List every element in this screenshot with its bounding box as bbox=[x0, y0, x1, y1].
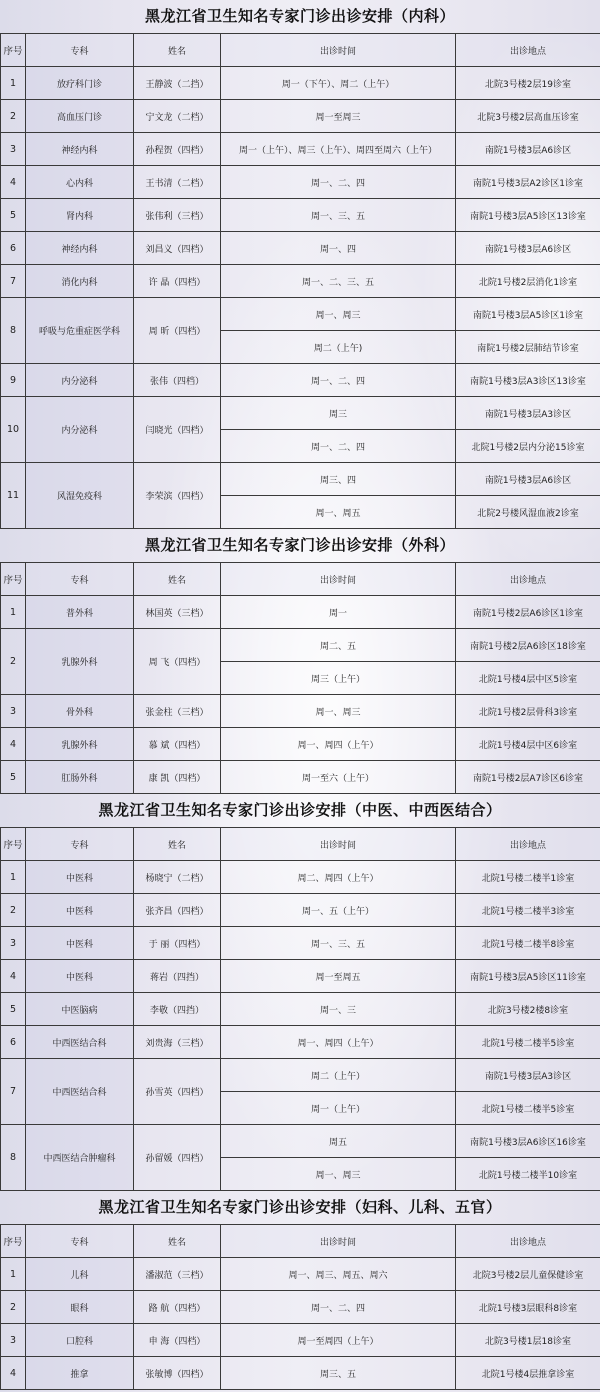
clinic-time-cell: 周一（上午）、周三（上午）、周四至周六（上午） bbox=[221, 133, 456, 166]
schedule-section: 黑龙江省卫生知名专家门诊出诊安排（内科）序号专科姓名出诊时间出诊地点1放疗科门诊… bbox=[0, 0, 600, 529]
seq-cell: 2 bbox=[1, 629, 26, 695]
specialty-cell: 内分泌科 bbox=[26, 397, 134, 463]
seq-cell: 9 bbox=[1, 364, 26, 397]
clinic-place-cell: 北院1号楼二楼半3诊室 bbox=[456, 894, 600, 927]
seq-cell: 8 bbox=[1, 1125, 26, 1191]
clinic-place-cell: 南院1号楼3层A2诊区1诊室 bbox=[456, 166, 600, 199]
specialty-header: 专科 bbox=[26, 1225, 134, 1258]
seq-cell: 4 bbox=[1, 1357, 26, 1390]
table-header-row: 序号专科姓名出诊时间出诊地点 bbox=[1, 563, 600, 596]
specialty-cell: 乳腺外科 bbox=[26, 728, 134, 761]
clinic-place-cell: 北院1号楼二楼半8诊室 bbox=[456, 927, 600, 960]
clinic-place-cell: 北院1号楼二楼半5诊室 bbox=[456, 1026, 600, 1059]
clinic-place-cell: 南院1号楼3层A5诊区1诊室 bbox=[456, 298, 600, 331]
clinic-time-cell: 周一、三、五 bbox=[221, 927, 456, 960]
doctor-name-cell: 康 凯（四档） bbox=[134, 761, 221, 794]
schedule-section: 黑龙江省卫生知名专家门诊出诊安排（中医、中西医结合）序号专科姓名出诊时间出诊地点… bbox=[0, 794, 600, 1191]
specialty-cell: 中西医结合科 bbox=[26, 1026, 134, 1059]
doctor-name-cell: 李敬（四挡） bbox=[134, 993, 221, 1026]
specialty-cell: 中医科 bbox=[26, 927, 134, 960]
clinic-time-cell: 周一、周三 bbox=[221, 298, 456, 331]
table-row: 3神经内科孙程贺（四档）周一（上午）、周三（上午）、周四至周六（上午）南院1号楼… bbox=[1, 133, 600, 166]
doctor-name-cell: 王书清（二档） bbox=[134, 166, 221, 199]
time-header: 出诊时间 bbox=[221, 1225, 456, 1258]
section-title: 黑龙江省卫生知名专家门诊出诊安排（中医、中西医结合） bbox=[0, 794, 600, 827]
doctor-name-cell: 路 航（四档） bbox=[134, 1291, 221, 1324]
seq-cell: 1 bbox=[1, 861, 26, 894]
specialty-cell: 呼吸与危重症医学科 bbox=[26, 298, 134, 364]
specialty-cell: 推拿 bbox=[26, 1357, 134, 1390]
name-header: 姓名 bbox=[134, 563, 221, 596]
clinic-place-cell: 北院3号楼1层18诊室 bbox=[456, 1324, 600, 1357]
clinic-time-cell: 周一、周四（上午） bbox=[221, 728, 456, 761]
clinic-time-cell: 周三（上午） bbox=[221, 662, 456, 695]
specialty-cell: 乳腺外科 bbox=[26, 629, 134, 695]
table-row: 4中医科蒋岩（四挡）周一至周五南院1号楼3层A5诊区11诊室 bbox=[1, 960, 600, 993]
specialty-cell: 中西医结合科 bbox=[26, 1059, 134, 1125]
clinic-place-cell: 南院1号楼3层A6诊区16诊室 bbox=[456, 1125, 600, 1158]
clinic-place-cell: 南院1号楼3层A5诊区13诊室 bbox=[456, 199, 600, 232]
clinic-place-cell: 北院1号楼4层中区6诊室 bbox=[456, 728, 600, 761]
table-header-row: 序号专科姓名出诊时间出诊地点 bbox=[1, 1225, 600, 1258]
doctor-name-cell: 申 海（四档） bbox=[134, 1324, 221, 1357]
schedule-table: 序号专科姓名出诊时间出诊地点1放疗科门诊王静波（二挡）周一（下午）、周二（上午）… bbox=[0, 33, 600, 529]
specialty-cell: 中医科 bbox=[26, 861, 134, 894]
doctor-name-cell: 孙留媛（四档） bbox=[134, 1125, 221, 1191]
doctor-name-cell: 于 丽（四档） bbox=[134, 927, 221, 960]
doctor-name-cell: 潘淑范（三档） bbox=[134, 1258, 221, 1291]
table-row: 8呼吸与危重症医学科周 昕（四档）周一、周三南院1号楼3层A5诊区1诊室 bbox=[1, 298, 600, 331]
seq-cell: 4 bbox=[1, 166, 26, 199]
doctor-name-cell: 闫晓光（四档） bbox=[134, 397, 221, 463]
clinic-place-cell: 北院1号楼2层消化1诊室 bbox=[456, 265, 600, 298]
specialty-header: 专科 bbox=[26, 34, 134, 67]
table-row: 5肾内科张伟利（三档）周一、三、五南院1号楼3层A5诊区13诊室 bbox=[1, 199, 600, 232]
name-header: 姓名 bbox=[134, 34, 221, 67]
table-row: 10内分泌科闫晓光（四档）周三南院1号楼3层A3诊区 bbox=[1, 397, 600, 430]
schedule-table: 序号专科姓名出诊时间出诊地点1中医科杨晓宁（二档）周二、周四（上午）北院1号楼二… bbox=[0, 827, 600, 1191]
clinic-place-cell: 南院1号楼3层A6诊区 bbox=[456, 463, 600, 496]
doctor-name-cell: 张齐昌（四档） bbox=[134, 894, 221, 927]
specialty-cell: 眼科 bbox=[26, 1291, 134, 1324]
doctor-name-cell: 张敏博（四档） bbox=[134, 1357, 221, 1390]
table-row: 2眼科路 航（四档）周一、二、四北院1号楼3层眼科8诊室 bbox=[1, 1291, 600, 1324]
clinic-time-cell: 周三 bbox=[221, 397, 456, 430]
specialty-cell: 儿科 bbox=[26, 1258, 134, 1291]
specialty-cell: 高血压门诊 bbox=[26, 100, 134, 133]
doctor-name-cell: 张伟利（三档） bbox=[134, 199, 221, 232]
clinic-time-cell: 周二、五 bbox=[221, 629, 456, 662]
table-row: 1普外科林国英（三档）周一南院1号楼2层A6诊区1诊室 bbox=[1, 596, 600, 629]
place-header: 出诊地点 bbox=[456, 828, 600, 861]
seq-cell: 2 bbox=[1, 894, 26, 927]
schedule-document: 黑龙江省卫生知名专家门诊出诊安排（内科）序号专科姓名出诊时间出诊地点1放疗科门诊… bbox=[0, 0, 600, 1390]
table-row: 2中医科张齐昌（四档）周一、五（上午）北院1号楼二楼半3诊室 bbox=[1, 894, 600, 927]
doctor-name-cell: 李荣滨（四档） bbox=[134, 463, 221, 529]
doctor-name-cell: 张金柱（三档） bbox=[134, 695, 221, 728]
section-title: 黑龙江省卫生知名专家门诊出诊安排（内科） bbox=[0, 0, 600, 33]
table-row: 2乳腺外科周 飞（四档）周二、五南院1号楼2层A6诊区18诊室 bbox=[1, 629, 600, 662]
doctor-name-cell: 许 晶（四档） bbox=[134, 265, 221, 298]
doctor-name-cell: 周 飞（四档） bbox=[134, 629, 221, 695]
specialty-cell: 消化内科 bbox=[26, 265, 134, 298]
clinic-place-cell: 北院1号楼3层眼科8诊室 bbox=[456, 1291, 600, 1324]
table-row: 1儿科潘淑范（三档）周一、周三、周五、周六北院3号楼2层儿童保健诊室 bbox=[1, 1258, 600, 1291]
seq-cell: 1 bbox=[1, 1258, 26, 1291]
clinic-time-cell: 周一、二、四 bbox=[221, 1291, 456, 1324]
doctor-name-cell: 孙程贺（四档） bbox=[134, 133, 221, 166]
seq-cell: 2 bbox=[1, 1291, 26, 1324]
clinic-place-cell: 北院1号楼二楼半10诊室 bbox=[456, 1158, 600, 1191]
seq-header: 序号 bbox=[1, 828, 26, 861]
clinic-place-cell: 北院1号楼2层内分泌15诊室 bbox=[456, 430, 600, 463]
clinic-place-cell: 南院1号楼2层A7诊区6诊室 bbox=[456, 761, 600, 794]
schedule-section: 黑龙江省卫生知名专家门诊出诊安排（妇科、儿科、五官）序号专科姓名出诊时间出诊地点… bbox=[0, 1191, 600, 1390]
seq-cell: 3 bbox=[1, 1324, 26, 1357]
clinic-time-cell: 周一、三 bbox=[221, 993, 456, 1026]
clinic-place-cell: 北院1号楼2层骨科3诊室 bbox=[456, 695, 600, 728]
clinic-time-cell: 周一、二、四 bbox=[221, 166, 456, 199]
clinic-place-cell: 北院3号楼2层儿童保健诊室 bbox=[456, 1258, 600, 1291]
specialty-cell: 风湿免疫科 bbox=[26, 463, 134, 529]
seq-cell: 5 bbox=[1, 199, 26, 232]
table-row: 4乳腺外科慕 斌（四档）周一、周四（上午）北院1号楼4层中区6诊室 bbox=[1, 728, 600, 761]
clinic-time-cell: 周一、周四（上午） bbox=[221, 1026, 456, 1059]
clinic-time-cell: 周一至六（上午） bbox=[221, 761, 456, 794]
specialty-cell: 内分泌科 bbox=[26, 364, 134, 397]
seq-cell: 3 bbox=[1, 695, 26, 728]
clinic-time-cell: 周三、五 bbox=[221, 1357, 456, 1390]
clinic-time-cell: 周一至周四（上午） bbox=[221, 1324, 456, 1357]
clinic-place-cell: 南院1号楼3层A3诊区 bbox=[456, 397, 600, 430]
clinic-time-cell: 周二、周四（上午） bbox=[221, 861, 456, 894]
table-row: 5肛肠外科康 凯（四档）周一至六（上午）南院1号楼2层A7诊区6诊室 bbox=[1, 761, 600, 794]
clinic-place-cell: 北院1号楼二楼半1诊室 bbox=[456, 861, 600, 894]
seq-cell: 10 bbox=[1, 397, 26, 463]
clinic-time-cell: 周一 bbox=[221, 596, 456, 629]
specialty-cell: 神经内科 bbox=[26, 133, 134, 166]
seq-cell: 11 bbox=[1, 463, 26, 529]
place-header: 出诊地点 bbox=[456, 563, 600, 596]
table-row: 3骨外科张金柱（三档）周一、周三北院1号楼2层骨科3诊室 bbox=[1, 695, 600, 728]
seq-cell: 6 bbox=[1, 232, 26, 265]
seq-cell: 4 bbox=[1, 728, 26, 761]
clinic-place-cell: 北院2号楼风湿血液2诊室 bbox=[456, 496, 600, 529]
clinic-time-cell: 周五 bbox=[221, 1125, 456, 1158]
specialty-header: 专科 bbox=[26, 563, 134, 596]
doctor-name-cell: 张伟（四档） bbox=[134, 364, 221, 397]
schedule-section: 黑龙江省卫生知名专家门诊出诊安排（外科）序号专科姓名出诊时间出诊地点1普外科林国… bbox=[0, 529, 600, 794]
clinic-place-cell: 南院1号楼3层A5诊区11诊室 bbox=[456, 960, 600, 993]
table-row: 3中医科于 丽（四档）周一、三、五北院1号楼二楼半8诊室 bbox=[1, 927, 600, 960]
table-row: 9内分泌科张伟（四档）周一、二、四南院1号楼3层A3诊区13诊室 bbox=[1, 364, 600, 397]
clinic-time-cell: 周一、五（上午） bbox=[221, 894, 456, 927]
time-header: 出诊时间 bbox=[221, 828, 456, 861]
table-row: 5中医脑病李敬（四挡）周一、三北院3号楼2楼8诊室 bbox=[1, 993, 600, 1026]
specialty-cell: 骨外科 bbox=[26, 695, 134, 728]
clinic-place-cell: 南院1号楼3层A3诊区 bbox=[456, 1059, 600, 1092]
schedule-table: 序号专科姓名出诊时间出诊地点1普外科林国英（三档）周一南院1号楼2层A6诊区1诊… bbox=[0, 562, 600, 794]
clinic-place-cell: 南院1号楼2层肺结节诊室 bbox=[456, 331, 600, 364]
doctor-name-cell: 宁文龙（二档） bbox=[134, 100, 221, 133]
seq-cell: 7 bbox=[1, 1059, 26, 1125]
doctor-name-cell: 杨晓宁（二档） bbox=[134, 861, 221, 894]
clinic-time-cell: 周一至周五 bbox=[221, 960, 456, 993]
clinic-time-cell: 周一、周三 bbox=[221, 695, 456, 728]
table-row: 6神经内科刘昌义（四档）周一、四南院1号楼3层A6诊区 bbox=[1, 232, 600, 265]
seq-cell: 8 bbox=[1, 298, 26, 364]
clinic-place-cell: 南院1号楼2层A6诊区18诊室 bbox=[456, 629, 600, 662]
specialty-cell: 心内科 bbox=[26, 166, 134, 199]
table-row: 3口腔科申 海（四档）周一至周四（上午）北院3号楼1层18诊室 bbox=[1, 1324, 600, 1357]
clinic-time-cell: 周一（上午） bbox=[221, 1092, 456, 1125]
seq-header: 序号 bbox=[1, 1225, 26, 1258]
doctor-name-cell: 孙雪英（四档） bbox=[134, 1059, 221, 1125]
clinic-time-cell: 周二（上午） bbox=[221, 1059, 456, 1092]
specialty-cell: 肾内科 bbox=[26, 199, 134, 232]
specialty-cell: 放疗科门诊 bbox=[26, 67, 134, 100]
clinic-time-cell: 周一、二、三、五 bbox=[221, 265, 456, 298]
specialty-cell: 中医科 bbox=[26, 894, 134, 927]
seq-header: 序号 bbox=[1, 34, 26, 67]
table-row: 6中西医结合科刘贵海（三档）周一、周四（上午）北院1号楼二楼半5诊室 bbox=[1, 1026, 600, 1059]
clinic-place-cell: 北院1号楼二楼半5诊室 bbox=[456, 1092, 600, 1125]
specialty-cell: 普外科 bbox=[26, 596, 134, 629]
doctor-name-cell: 林国英（三档） bbox=[134, 596, 221, 629]
seq-cell: 2 bbox=[1, 100, 26, 133]
table-header-row: 序号专科姓名出诊时间出诊地点 bbox=[1, 34, 600, 67]
specialty-cell: 肛肠外科 bbox=[26, 761, 134, 794]
clinic-time-cell: 周一、二、四 bbox=[221, 364, 456, 397]
table-header-row: 序号专科姓名出诊时间出诊地点 bbox=[1, 828, 600, 861]
specialty-cell: 中西医结合肿瘤科 bbox=[26, 1125, 134, 1191]
section-title: 黑龙江省卫生知名专家门诊出诊安排（妇科、儿科、五官） bbox=[0, 1191, 600, 1224]
clinic-time-cell: 周二（上午) bbox=[221, 331, 456, 364]
clinic-time-cell: 周一、四 bbox=[221, 232, 456, 265]
clinic-place-cell: 南院1号楼2层A6诊区1诊室 bbox=[456, 596, 600, 629]
clinic-time-cell: 周一至周三 bbox=[221, 100, 456, 133]
seq-cell: 1 bbox=[1, 596, 26, 629]
seq-cell: 4 bbox=[1, 960, 26, 993]
doctor-name-cell: 刘贵海（三档） bbox=[134, 1026, 221, 1059]
table-row: 1放疗科门诊王静波（二挡）周一（下午）、周二（上午）北院3号楼2层19诊室 bbox=[1, 67, 600, 100]
time-header: 出诊时间 bbox=[221, 34, 456, 67]
clinic-place-cell: 北院3号楼2楼8诊室 bbox=[456, 993, 600, 1026]
seq-cell: 3 bbox=[1, 133, 26, 166]
doctor-name-cell: 周 昕（四档） bbox=[134, 298, 221, 364]
doctor-name-cell: 王静波（二挡） bbox=[134, 67, 221, 100]
clinic-time-cell: 周一、周三 bbox=[221, 1158, 456, 1191]
table-row: 4推拿张敏博（四档）周三、五北院1号楼4层推拿诊室 bbox=[1, 1357, 600, 1390]
seq-cell: 3 bbox=[1, 927, 26, 960]
specialty-cell: 中医脑病 bbox=[26, 993, 134, 1026]
clinic-place-cell: 南院1号楼3层A3诊区13诊室 bbox=[456, 364, 600, 397]
table-row: 7消化内科许 晶（四档）周一、二、三、五北院1号楼2层消化1诊室 bbox=[1, 265, 600, 298]
seq-cell: 5 bbox=[1, 993, 26, 1026]
doctor-name-cell: 蒋岩（四挡） bbox=[134, 960, 221, 993]
clinic-place-cell: 北院1号楼4层中区5诊室 bbox=[456, 662, 600, 695]
seq-cell: 7 bbox=[1, 265, 26, 298]
name-header: 姓名 bbox=[134, 828, 221, 861]
seq-cell: 6 bbox=[1, 1026, 26, 1059]
clinic-time-cell: 周一、周五 bbox=[221, 496, 456, 529]
time-header: 出诊时间 bbox=[221, 563, 456, 596]
clinic-time-cell: 周三、四 bbox=[221, 463, 456, 496]
place-header: 出诊地点 bbox=[456, 1225, 600, 1258]
seq-cell: 1 bbox=[1, 67, 26, 100]
clinic-place-cell: 北院1号楼4层推拿诊室 bbox=[456, 1357, 600, 1390]
table-row: 11风湿免疫科李荣滨（四档）周三、四南院1号楼3层A6诊区 bbox=[1, 463, 600, 496]
clinic-time-cell: 周一、二、四 bbox=[221, 430, 456, 463]
schedule-table: 序号专科姓名出诊时间出诊地点1儿科潘淑范（三档）周一、周三、周五、周六北院3号楼… bbox=[0, 1224, 600, 1390]
section-title: 黑龙江省卫生知名专家门诊出诊安排（外科） bbox=[0, 529, 600, 562]
clinic-place-cell: 北院3号楼2层高血压诊室 bbox=[456, 100, 600, 133]
clinic-place-cell: 南院1号楼3层A6诊区 bbox=[456, 133, 600, 166]
table-row: 8中西医结合肿瘤科孙留媛（四档）周五南院1号楼3层A6诊区16诊室 bbox=[1, 1125, 600, 1158]
clinic-time-cell: 周一、三、五 bbox=[221, 199, 456, 232]
table-row: 2高血压门诊宁文龙（二档）周一至周三北院3号楼2层高血压诊室 bbox=[1, 100, 600, 133]
specialty-cell: 中医科 bbox=[26, 960, 134, 993]
name-header: 姓名 bbox=[134, 1225, 221, 1258]
seq-cell: 5 bbox=[1, 761, 26, 794]
specialty-cell: 神经内科 bbox=[26, 232, 134, 265]
specialty-cell: 口腔科 bbox=[26, 1324, 134, 1357]
table-row: 7中西医结合科孙雪英（四档）周二（上午）南院1号楼3层A3诊区 bbox=[1, 1059, 600, 1092]
table-row: 1中医科杨晓宁（二档）周二、周四（上午）北院1号楼二楼半1诊室 bbox=[1, 861, 600, 894]
specialty-header: 专科 bbox=[26, 828, 134, 861]
clinic-place-cell: 北院3号楼2层19诊室 bbox=[456, 67, 600, 100]
doctor-name-cell: 慕 斌（四档） bbox=[134, 728, 221, 761]
place-header: 出诊地点 bbox=[456, 34, 600, 67]
clinic-time-cell: 周一（下午）、周二（上午） bbox=[221, 67, 456, 100]
doctor-name-cell: 刘昌义（四档） bbox=[134, 232, 221, 265]
table-row: 4心内科王书清（二档）周一、二、四南院1号楼3层A2诊区1诊室 bbox=[1, 166, 600, 199]
seq-header: 序号 bbox=[1, 563, 26, 596]
clinic-place-cell: 南院1号楼3层A6诊区 bbox=[456, 232, 600, 265]
clinic-time-cell: 周一、周三、周五、周六 bbox=[221, 1258, 456, 1291]
